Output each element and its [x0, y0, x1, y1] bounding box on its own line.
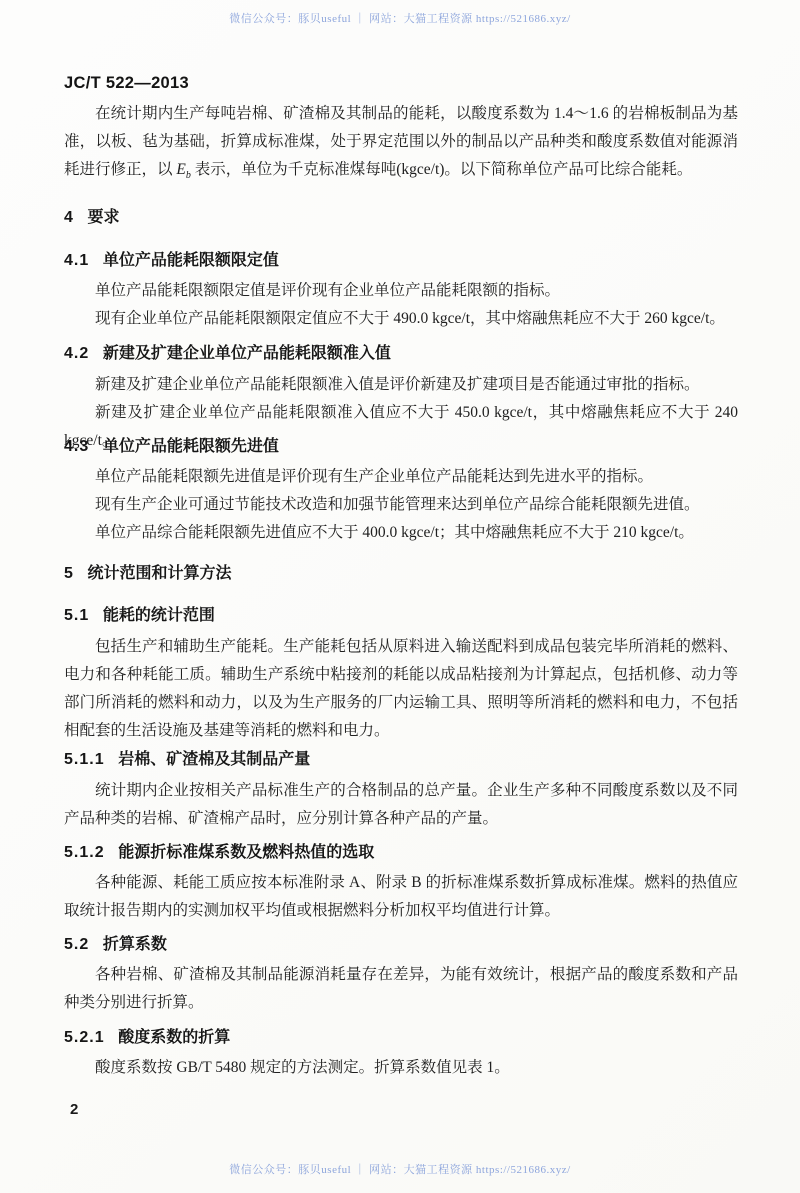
section-title: 酸度系数的折算: [118, 1029, 230, 1046]
section-number: 4.3: [64, 438, 89, 456]
paragraph: 各种岩棉、矿渣棉及其制品能源消耗量存在差异，为能有效统计，根据产品的酸度系数和产…: [64, 961, 738, 1017]
section-number: 5: [64, 565, 74, 583]
section-5-2-paragraphs: 各种岩棉、矿渣棉及其制品能源消耗量存在差异，为能有效统计，根据产品的酸度系数和产…: [64, 961, 738, 1017]
intro-block: 在统计期内生产每吨岩棉、矿渣棉及其制品的能耗，以酸度系数为 1.4～1.6 的岩…: [64, 100, 738, 190]
section-5-1-2-paragraphs: 各种能源、耗能工质应按本标准附录 A、附录 B 的折标准煤系数折算成标准煤。燃料…: [64, 869, 738, 925]
section-title: 单位产品能耗限额限定值: [103, 252, 279, 269]
section-title: 能源折标准煤系数及燃料热值的选取: [118, 844, 374, 861]
section-heading-4-3: 4.3单位产品能耗限额先进值: [64, 433, 738, 456]
paragraph: 现有生产企业可通过节能技术改造和加强节能管理来达到单位产品综合能耗限额先进值。: [64, 491, 738, 519]
paragraph: 现有企业单位产品能耗限额限定值应不大于 490.0 kgce/t，其中熔融焦耗应…: [64, 305, 738, 333]
section-heading-5: 5统计范围和计算方法: [64, 560, 738, 583]
page-number: 2: [70, 1101, 78, 1118]
document-page: 微信公众号：豚贝useful ｜ 网站：大猫工程资源 https://52168…: [0, 0, 800, 1193]
section-5-2-1-paragraphs: 酸度系数按 GB/T 5480 规定的方法测定。折算系数值见表 1。: [64, 1054, 738, 1082]
section-5-1-1-paragraphs: 统计期内企业按相关产品标准生产的合格制品的总产量。企业生产多种不同酸度系数以及不…: [64, 777, 738, 833]
section-number: 4.1: [64, 252, 89, 270]
paragraph: 单位产品综合能耗限额先进值应不大于 400.0 kgce/t；其中熔融焦耗应不大…: [64, 519, 738, 547]
symbol-Eb: E: [176, 161, 185, 178]
section-5-1-paragraphs: 包括生产和辅助生产能耗。生产能耗包括从原料进入输送配料到成品包装完毕所消耗的燃料…: [64, 633, 738, 745]
intro-text-2: 表示，单位为千克标准煤每吨(kgce/t)。以下简称单位产品可比综合能耗。: [195, 161, 693, 178]
paragraph: 单位产品能耗限额先进值是评价现有生产企业单位产品能耗达到先进水平的指标。: [64, 463, 738, 491]
section-title: 新建及扩建企业单位产品能耗限额准入值: [103, 345, 391, 362]
symbol-Eb-subscript: b: [186, 170, 191, 181]
section-4-1-paragraphs: 单位产品能耗限额限定值是评价现有企业单位产品能耗限额的指标。 现有企业单位产品能…: [64, 277, 738, 333]
section-heading-5-2: 5.2折算系数: [64, 931, 738, 954]
section-title: 要求: [88, 209, 120, 226]
section-heading-5-1-1: 5.1.1岩棉、矿渣棉及其制品产量: [64, 746, 738, 769]
section-heading-5-1: 5.1能耗的统计范围: [64, 602, 738, 625]
paragraph: 统计期内企业按相关产品标准生产的合格制品的总产量。企业生产多种不同酸度系数以及不…: [64, 777, 738, 833]
watermark-top: 微信公众号：豚贝useful ｜ 网站：大猫工程资源 https://52168…: [0, 10, 800, 26]
section-title: 岩棉、矿渣棉及其制品产量: [118, 751, 310, 768]
section-heading-5-1-2: 5.1.2能源折标准煤系数及燃料热值的选取: [64, 839, 738, 862]
doc-code-header: JC/T 522—2013: [64, 74, 189, 93]
paragraph: 新建及扩建企业单位产品能耗限额准入值是评价新建及扩建项目是否能通过审批的指标。: [64, 371, 738, 399]
section-number: 5.1.1: [64, 751, 105, 769]
section-heading-5-2-1: 5.2.1酸度系数的折算: [64, 1024, 738, 1047]
section-title: 单位产品能耗限额先进值: [103, 438, 279, 455]
section-title: 统计范围和计算方法: [88, 565, 232, 582]
section-number: 4.2: [64, 345, 89, 363]
section-title: 折算系数: [103, 936, 167, 953]
paragraph: 单位产品能耗限额限定值是评价现有企业单位产品能耗限额的指标。: [64, 277, 738, 305]
section-4-3-paragraphs: 单位产品能耗限额先进值是评价现有生产企业单位产品能耗达到先进水平的指标。 现有生…: [64, 463, 738, 547]
section-heading-4-2: 4.2新建及扩建企业单位产品能耗限额准入值: [64, 340, 738, 363]
section-heading-4-1: 4.1单位产品能耗限额限定值: [64, 247, 738, 270]
section-number: 5.2.1: [64, 1029, 105, 1047]
section-heading-4: 4要求: [64, 204, 738, 227]
section-number: 5.1: [64, 607, 89, 625]
watermark-text: 微信公众号：豚贝useful ｜ 网站：大猫工程资源 https://52168…: [229, 1164, 570, 1176]
watermark-bottom: 微信公众号：豚贝useful ｜ 网站：大猫工程资源 https://52168…: [0, 1161, 800, 1177]
watermark-text: 微信公众号：豚贝useful ｜ 网站：大猫工程资源 https://52168…: [229, 13, 570, 25]
section-number: 5.2: [64, 936, 89, 954]
section-number: 5.1.2: [64, 844, 105, 862]
paragraph: 各种能源、耗能工质应按本标准附录 A、附录 B 的折标准煤系数折算成标准煤。燃料…: [64, 869, 738, 925]
intro-paragraph: 在统计期内生产每吨岩棉、矿渣棉及其制品的能耗，以酸度系数为 1.4～1.6 的岩…: [64, 100, 738, 190]
section-number: 4: [64, 209, 74, 227]
paragraph: 酸度系数按 GB/T 5480 规定的方法测定。折算系数值见表 1。: [64, 1054, 738, 1082]
section-title: 能耗的统计范围: [103, 607, 215, 624]
paragraph: 包括生产和辅助生产能耗。生产能耗包括从原料进入输送配料到成品包装完毕所消耗的燃料…: [64, 633, 738, 745]
